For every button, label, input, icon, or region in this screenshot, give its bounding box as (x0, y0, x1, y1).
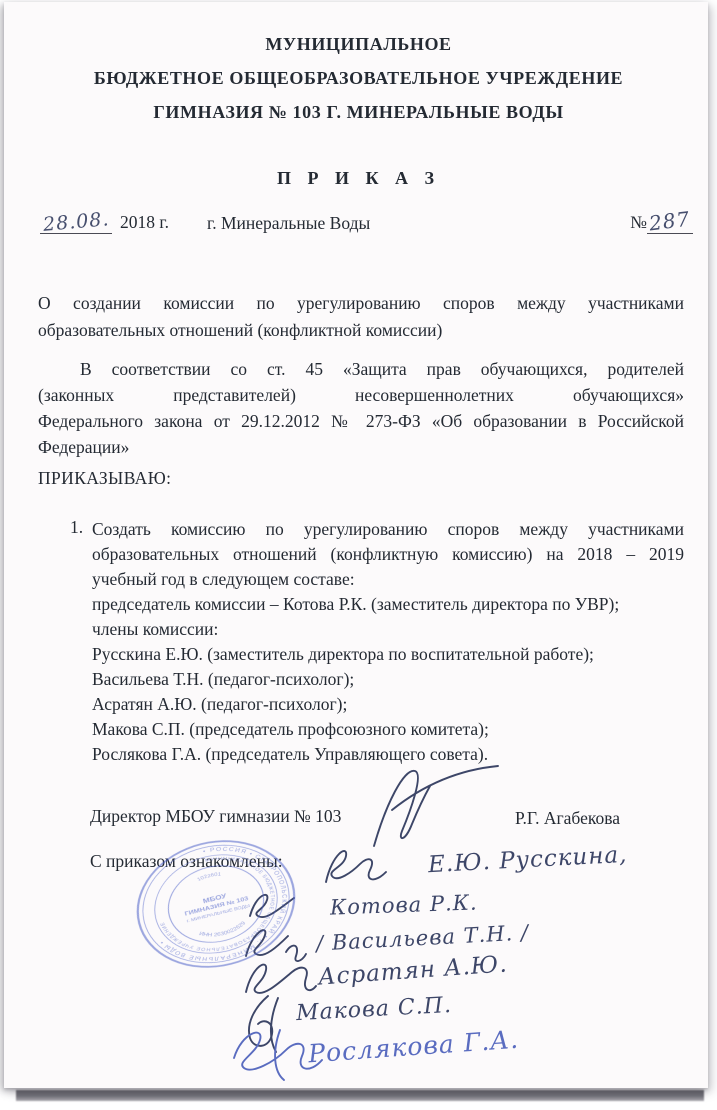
org-letterhead: МУНИЦИПАЛЬНОЕ БЮДЖЕТНОЕ ОБЩЕОБРАЗОВАТЕЛЬ… (0, 27, 717, 129)
order-verb: ПРИКАЗЫВАЮ: (38, 468, 171, 489)
basis-line: (законных представителей) несовершенноле… (38, 382, 684, 408)
list-item-1: Создать комиссию по урегулированию споро… (92, 517, 684, 767)
number-underline: 287 (647, 209, 693, 234)
scanned-order-document: МУНИЦИПАЛЬНОЕ БЮДЖЕТНОЕ ОБЩЕОБРАЗОВАТЕЛЬ… (0, 0, 717, 1110)
date-field: 28.08.2018 г. (40, 211, 169, 234)
subject-line: образовательных отношений (конфликтной к… (38, 317, 684, 344)
member-line: Асратян А.Ю. (педагог-психолог); (92, 692, 684, 717)
org-name-line-1: МУНИЦИПАЛЬНОЕ (0, 27, 717, 61)
basis-line: Федерации» (38, 434, 684, 460)
org-name-line-2: БЮДЖЕТНОЕ ОБЩЕОБРАЗОВАТЕЛЬНОЕ УЧРЕЖДЕНИЕ (0, 61, 717, 95)
number-handwritten: 287 (648, 207, 692, 236)
item-intro-line: Создать комиссию по урегулированию споро… (92, 517, 684, 542)
basis-line: Федерального закона от 29.12.2012 № 273-… (38, 408, 684, 434)
svg-text:1022601: 1022601 (196, 871, 222, 883)
basis-paragraph: В соответствии со ст. 45 «Защита прав об… (38, 356, 684, 460)
date-handwritten: 28.08. (42, 208, 110, 236)
item-intro-line: учебный год в следующем составе: (92, 567, 684, 592)
director-title: Директор МБОУ гимназии № 103 (90, 806, 341, 827)
member-line: Макова С.П. (председатель профсоюзного к… (92, 717, 684, 742)
member-line: Русскина Е.Ю. (заместитель директора по … (92, 642, 684, 667)
scan-shadow-edge (16, 1090, 704, 1101)
year-label: 2018 г. (120, 212, 169, 232)
basis-line: В соответствии со ст. 45 «Защита прав об… (38, 356, 684, 382)
org-name-line-3: ГИМНАЗИЯ № 103 Г. МИНЕРАЛЬНЫЕ ВОДЫ (0, 95, 717, 129)
stamp-ogrn-text: 1022601 (196, 871, 222, 883)
director-name: Р.Г. Агабекова (515, 808, 620, 829)
list-item-number: 1. (70, 517, 83, 538)
member-line: члены комиссии: (92, 617, 684, 642)
city-label: г. Минеральные Воды (207, 213, 370, 234)
item-intro-line: образовательных отношений (конфликтную к… (92, 542, 684, 567)
subject-line: О создании комиссии по урегулированию сп… (38, 290, 684, 317)
number-sign: № (630, 212, 647, 232)
order-number-field: №287 (630, 209, 693, 234)
signature-squiggle (322, 842, 392, 899)
doc-type-title: П Р И К А З (0, 168, 717, 189)
member-line: Васильева Т.Н. (педагог-психолог); (92, 667, 684, 692)
ack-name-kotova: Котова Р.К. (330, 890, 478, 919)
date-underline: 28.08. (40, 211, 112, 234)
member-line: председатель комиссии – Котова Р.К. (зам… (92, 592, 684, 617)
subject-paragraph: О создании комиссии по урегулированию сп… (38, 290, 684, 344)
